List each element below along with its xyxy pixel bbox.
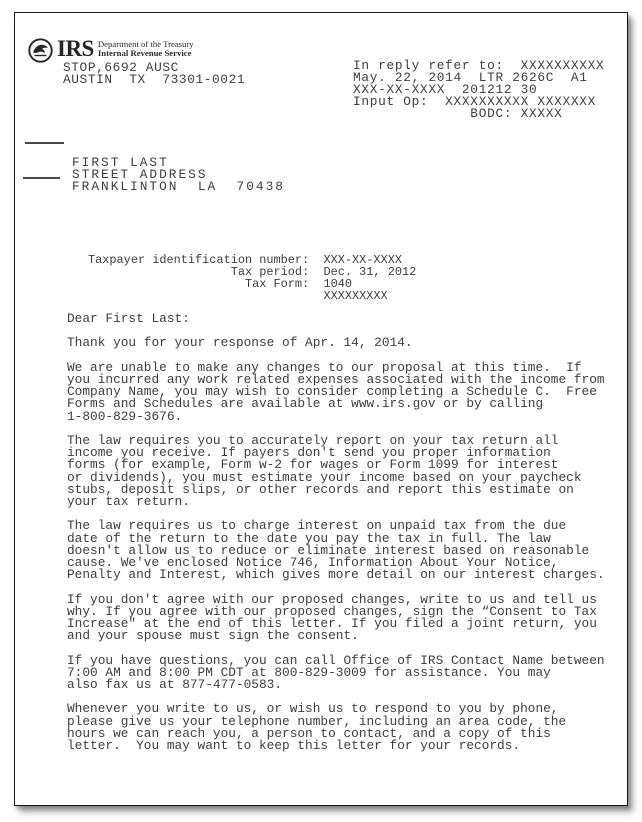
irs-eagle-logo bbox=[28, 38, 53, 68]
department-lines: Department of the Treasury Internal Reve… bbox=[98, 38, 194, 58]
sender-address: STOP,6692 AUSC AUSTIN TX 73301-0021 bbox=[63, 62, 245, 86]
redaction-line-top bbox=[25, 142, 64, 144]
irs-wordmark: IRS bbox=[57, 38, 94, 59]
recipient-address: FIRST LAST STREET ADDRESS FRANKLINTON LA… bbox=[72, 157, 285, 193]
paragraph-thank-you: Thank you for your response of Apr. 14, … bbox=[67, 337, 605, 349]
paragraph-consent: If you don't agree with our proposed cha… bbox=[67, 594, 605, 643]
reply-reference-block: In reply refer to: XXXXXXXXXX May. 22, 2… bbox=[353, 60, 604, 120]
department-line2: Internal Revenue Service bbox=[98, 49, 194, 58]
redaction-line-bottom bbox=[23, 177, 60, 179]
letter-page: IRS Department of the Treasury Internal … bbox=[14, 12, 628, 806]
salutation: Dear First Last: bbox=[67, 313, 605, 325]
paragraph-write-to-us: Whenever you write to us, or wish us to … bbox=[67, 703, 605, 752]
paragraph-report-income: The law requires you to accurately repor… bbox=[67, 435, 605, 508]
taxpayer-info-block: Taxpayer identification number: XXX-XX-X… bbox=[88, 254, 416, 302]
letter-body: Dear First Last: Thank you for your resp… bbox=[67, 313, 605, 764]
paragraph-no-changes: We are unable to make any changes to our… bbox=[67, 362, 605, 423]
paragraph-interest-charges: The law requires us to charge interest o… bbox=[67, 520, 605, 581]
paragraph-questions-contact: If you have questions, you can call Offi… bbox=[67, 655, 605, 692]
